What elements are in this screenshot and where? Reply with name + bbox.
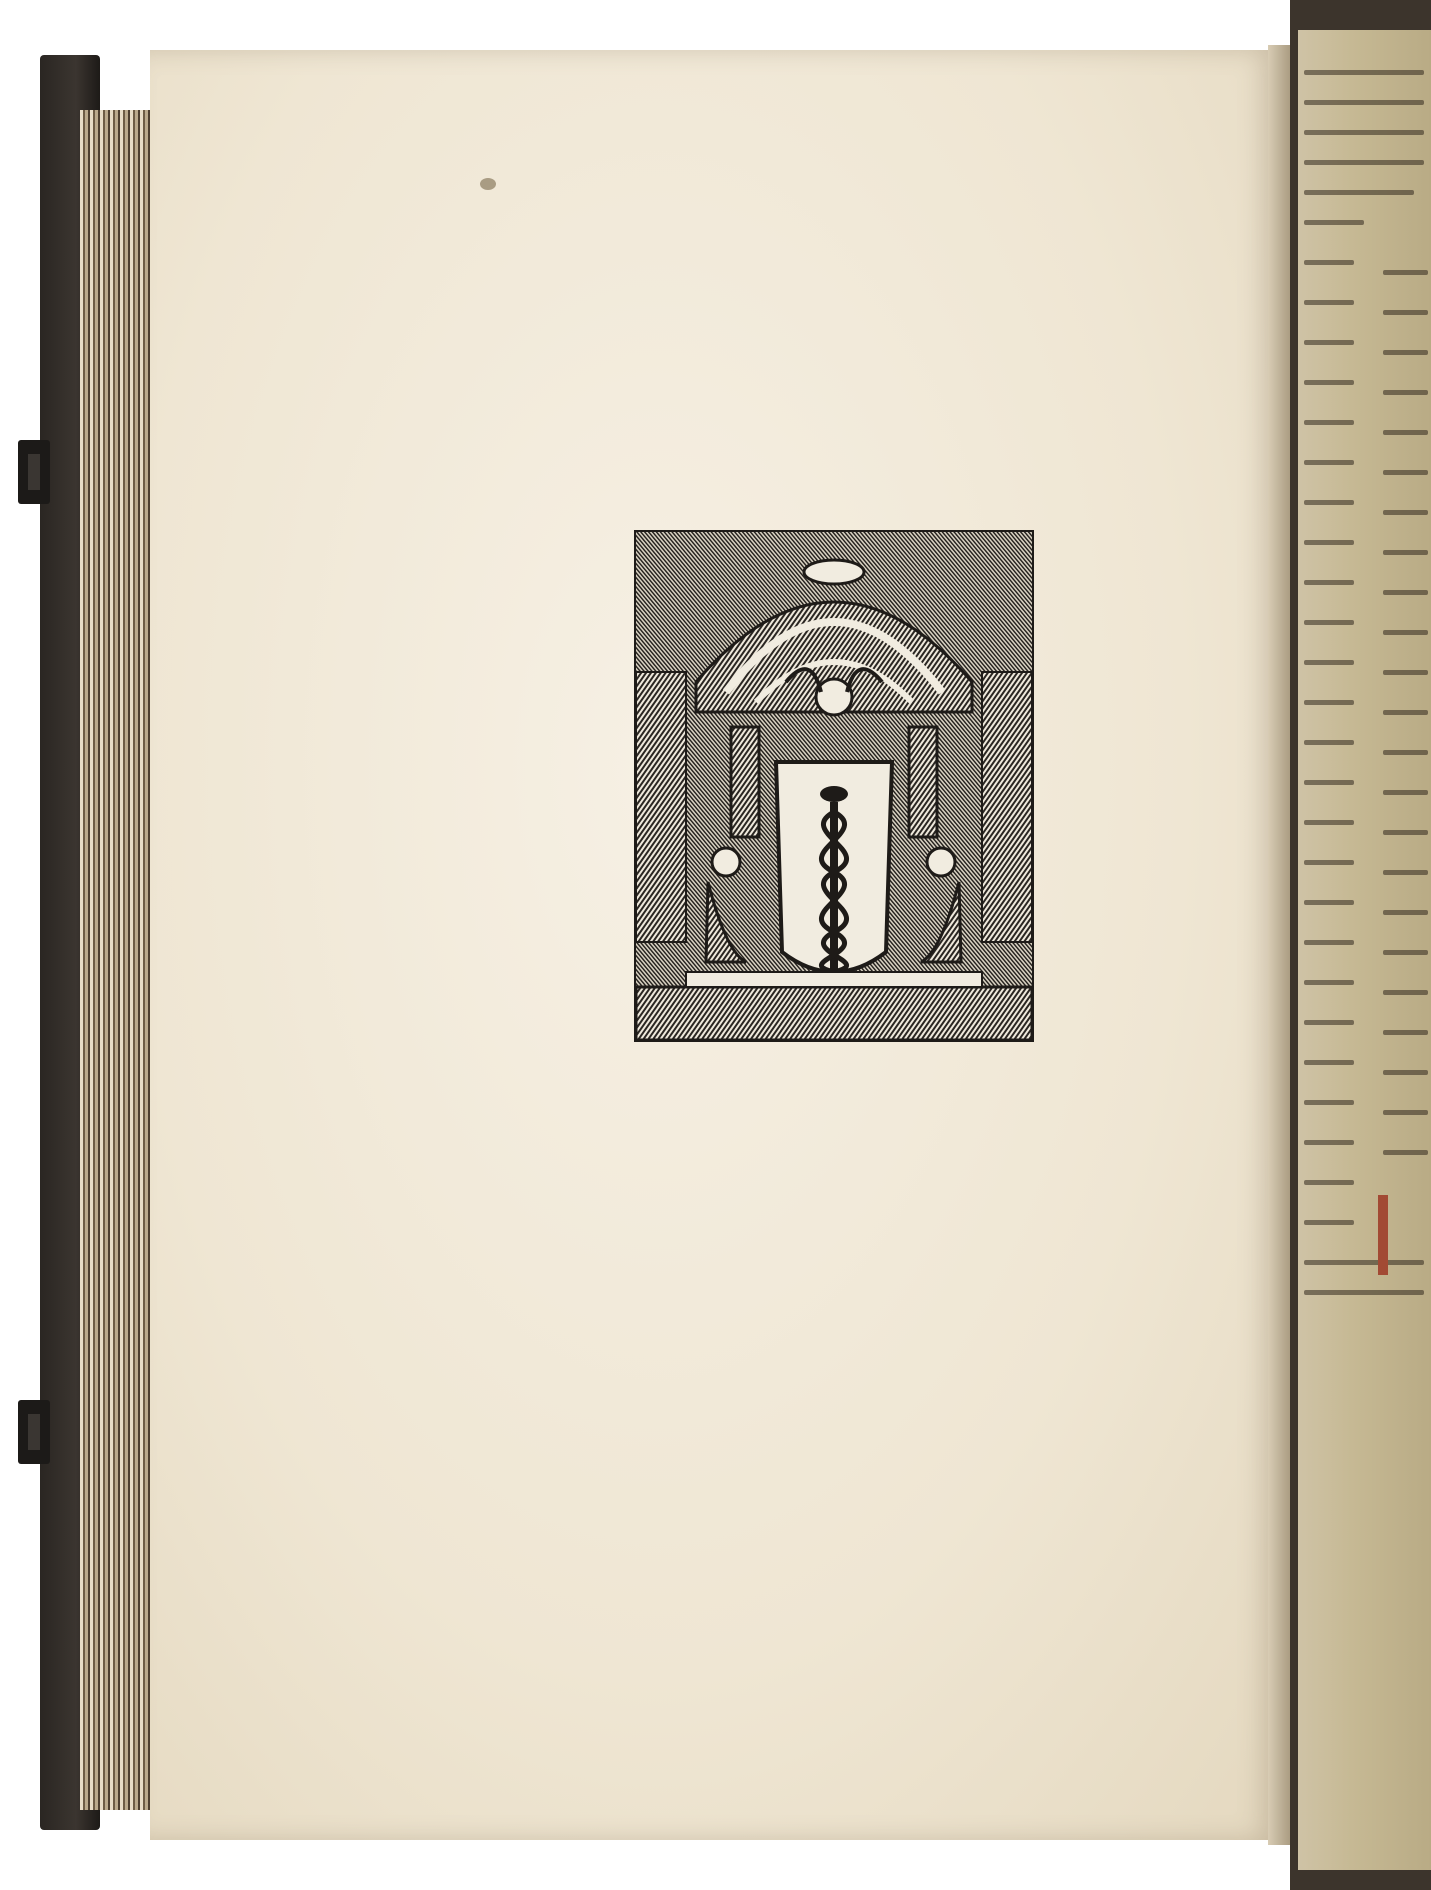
- woodcut-illustration: [636, 532, 1032, 1040]
- red-initial-letter: [1378, 1195, 1388, 1275]
- manuscript-fragment: [1298, 30, 1431, 1870]
- clasp-lower: [18, 1400, 50, 1464]
- page-stain: [480, 178, 496, 190]
- clasp-upper: [18, 440, 50, 504]
- page-edges: [80, 110, 160, 1810]
- woodcut-printers-device: [634, 530, 1034, 1042]
